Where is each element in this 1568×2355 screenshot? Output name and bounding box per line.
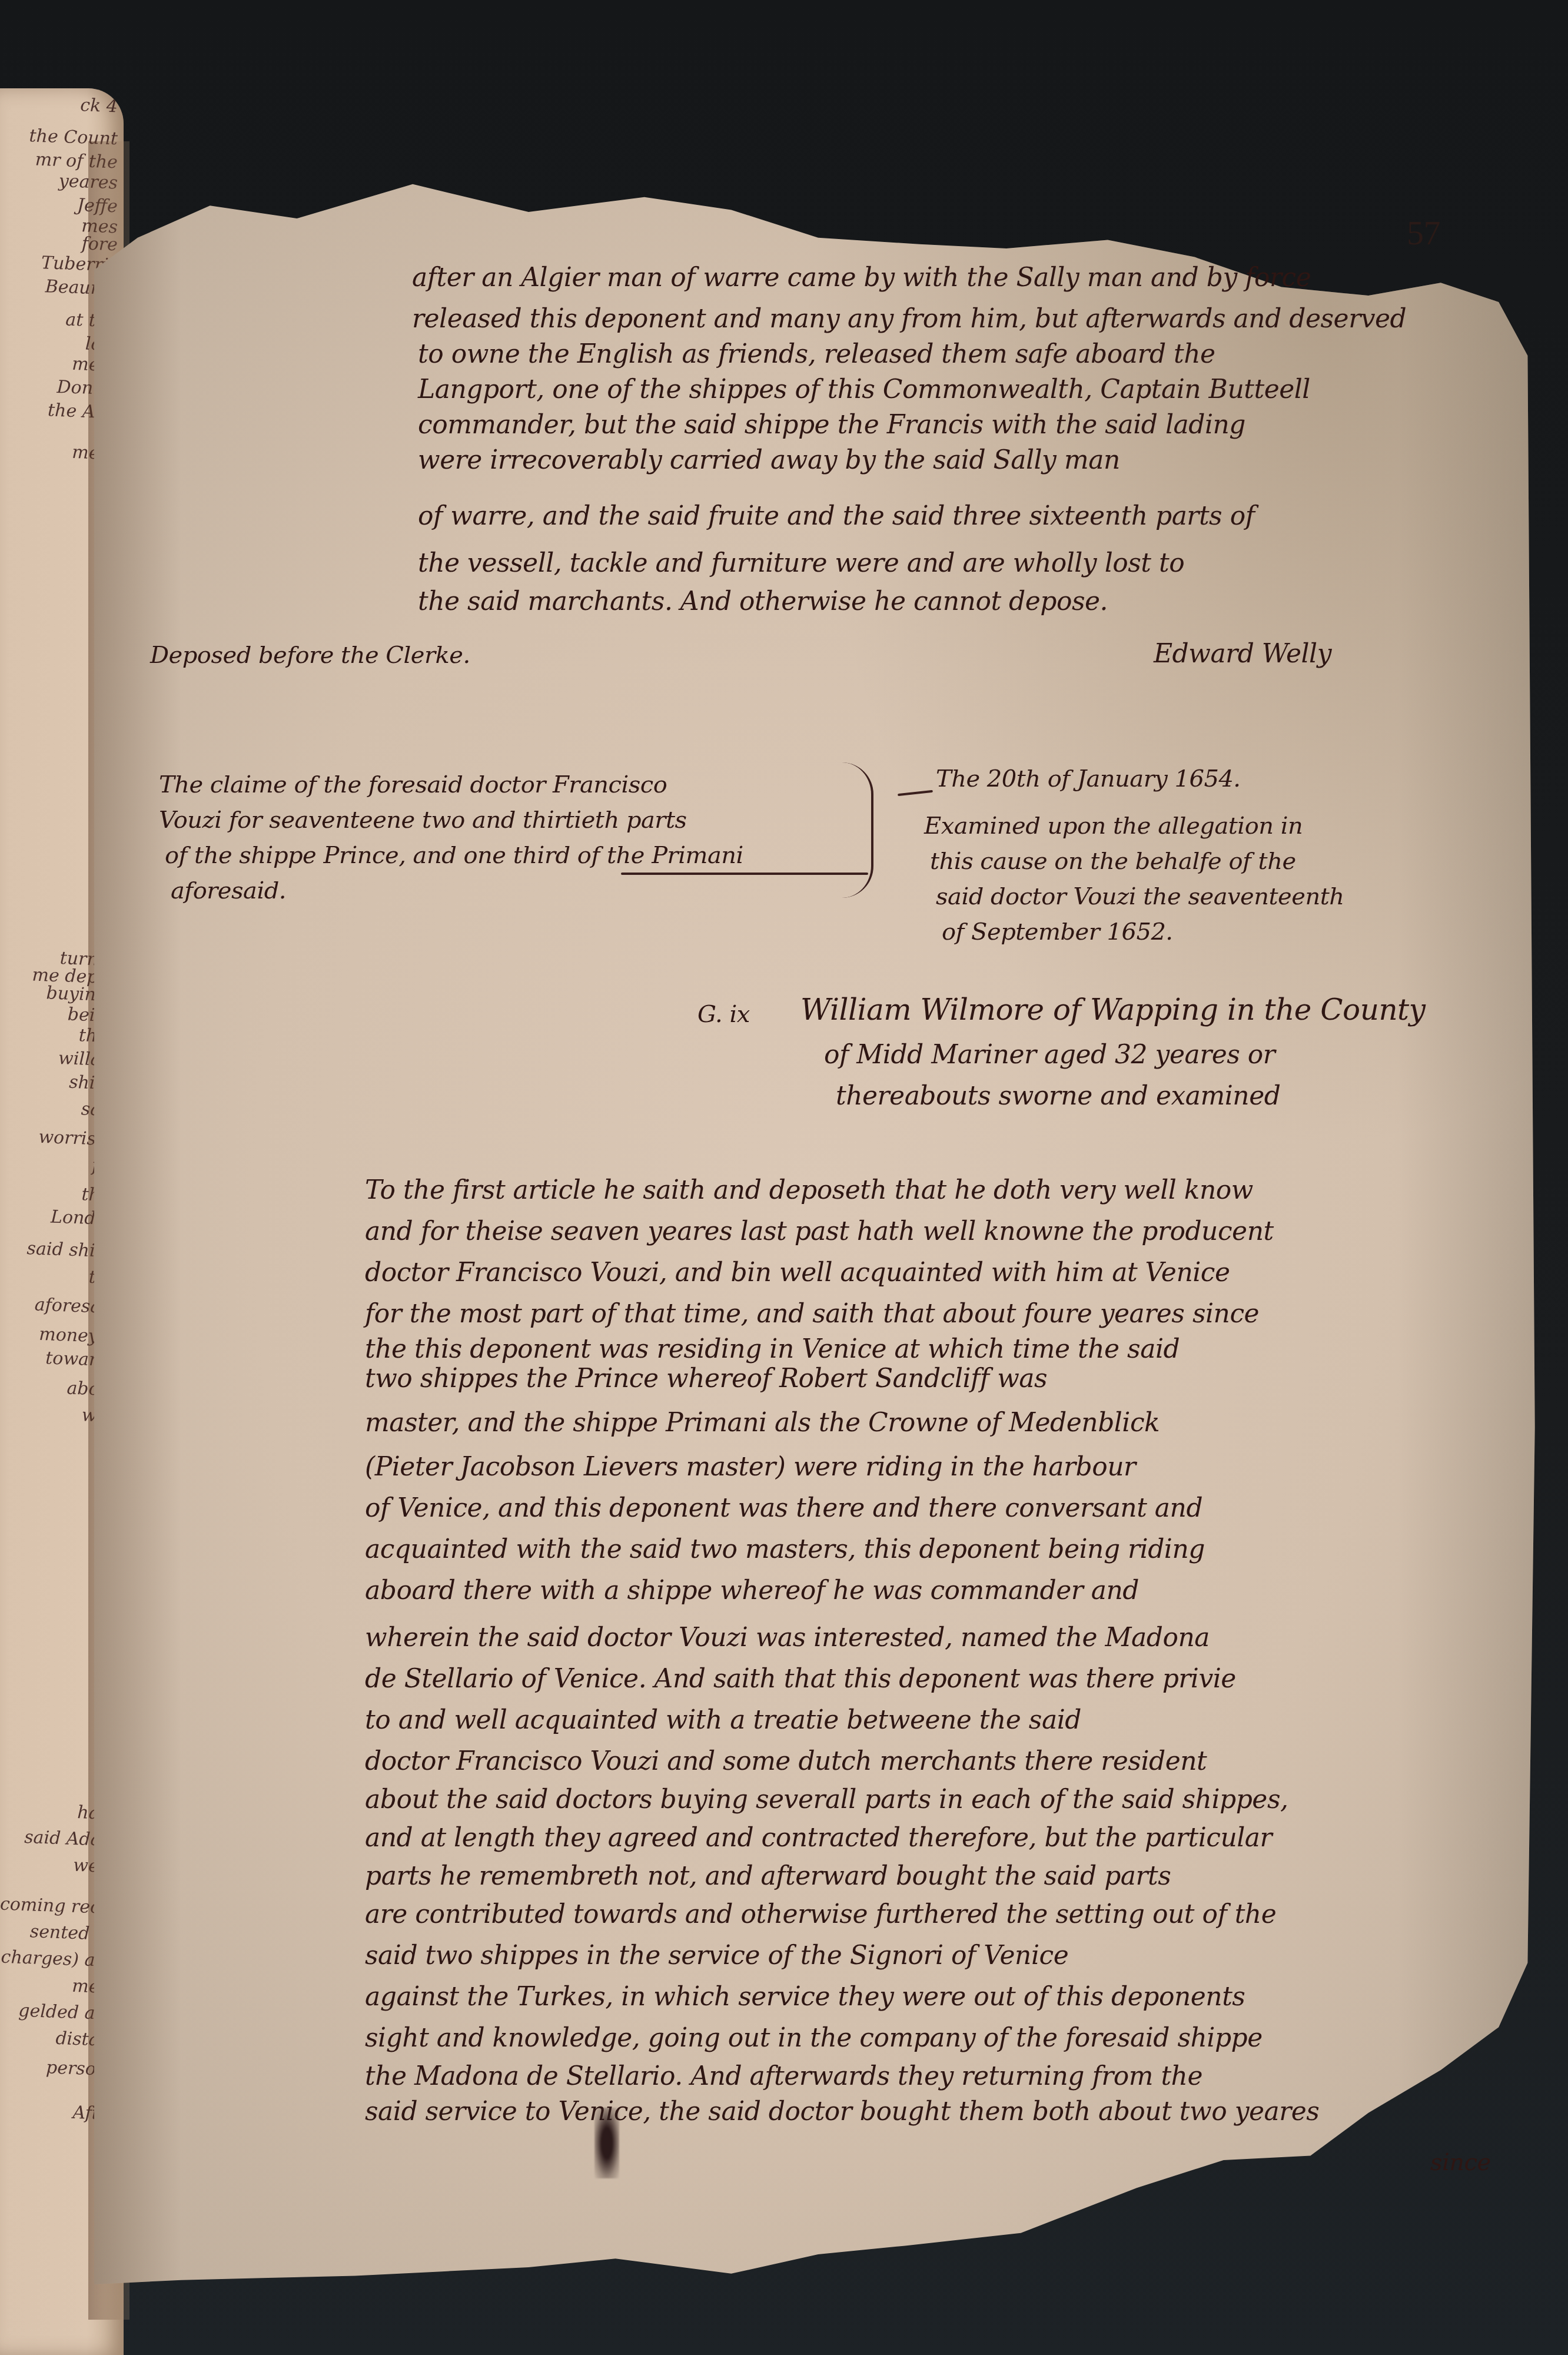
text-line: released this deponent and many any from… (412, 306, 1406, 332)
witness-name-line: William Wilmore of Wapping in the County (800, 995, 1425, 1024)
text-line: The 20th of January 1654. (936, 765, 1241, 792)
text-line: To the first article he saith and depose… (365, 1177, 1253, 1203)
text-line: of the shippe Prince, and one third of t… (165, 842, 743, 869)
text-line: said doctor Vouzi the seaventeenth (936, 883, 1344, 910)
text-line: The claime of the foresaid doctor Franci… (159, 771, 667, 798)
text-line: de Stellario of Venice. And saith that t… (365, 1666, 1236, 1692)
text-line: of Midd Mariner aged 32 yeares or (824, 1042, 1275, 1068)
text-line: the said marchants. And otherwise he can… (418, 589, 1108, 615)
text-line: doctor Francisco Vouzi and some dutch me… (365, 1749, 1207, 1774)
folio-number: 57 (1407, 213, 1440, 253)
text-line: to and well acquainted with a treatie be… (365, 1707, 1081, 1733)
text-line: of warre, and the said fruite and the sa… (418, 503, 1254, 529)
text-line: are contributed towards and otherwise fu… (365, 1902, 1276, 1928)
text-line: against the Turkes, in which service the… (365, 1984, 1245, 2010)
text-line: aforesaid. (171, 877, 286, 904)
text-line: two shippes the Prince whereof Robert Sa… (365, 1366, 1047, 1392)
text-line: Langport, one of the shippes of this Com… (418, 377, 1310, 403)
text-line: aboard there with a shippe whereof he wa… (365, 1578, 1139, 1604)
deponent-signature: Edward Welly (1154, 639, 1331, 669)
text-line: were irrecoverably carried away by the s… (418, 447, 1120, 473)
text-line: for the most part of that time, and sait… (365, 1301, 1259, 1327)
text-line: about the said doctors buying severall p… (365, 1787, 1288, 1813)
text-line: after an Algier man of warre came by wit… (412, 265, 1311, 291)
text-line: master, and the shippe Primani als the C… (365, 1410, 1160, 1436)
text-line: the vessell, tackle and furniture were a… (418, 550, 1184, 576)
text-line: and for theise seaven yeares last past h… (365, 1219, 1274, 1245)
margin-note-deposed: Deposed before the Clerke. (150, 642, 470, 669)
catchword: since (1430, 2149, 1491, 2176)
text-line: wherein the said doctor Vouzi was intere… (365, 1625, 1210, 1651)
text-line: commander, but the said shippe the Franc… (418, 412, 1245, 438)
text-line: sight and knowledge, going out in the co… (365, 2025, 1263, 2051)
text-line: and at length they agreed and contracted… (365, 1825, 1272, 1851)
text-line: the Madona de Stellario. And afterwards … (365, 2064, 1202, 2089)
text-line: of Venice, and this deponent was there a… (365, 1495, 1202, 1521)
text-line: this cause on the behalfe of the (930, 848, 1296, 875)
text-line: to owne the English as friends, released… (418, 341, 1215, 367)
text-line: acquainted with the said two masters, th… (365, 1537, 1205, 1563)
witness-marker: G. ix (697, 1001, 750, 1028)
ink-stamp-mark (594, 2108, 619, 2178)
text-line: of September 1652. (942, 918, 1173, 946)
text-line: (Pieter Jacobson Lievers master) were ri… (365, 1454, 1136, 1480)
text-line: parts he remembreth not, and afterward b… (365, 1863, 1171, 1889)
text-line: Examined upon the allegation in (924, 812, 1303, 840)
claim-underline (621, 873, 868, 875)
text-line: Vouzi for seaventeene two and thirtieth … (159, 807, 687, 834)
text-line: the this deponent was residing in Venice… (365, 1336, 1180, 1362)
text-line: doctor Francisco Vouzi, and bin well acq… (365, 1260, 1230, 1286)
text-line: thereabouts sworne and examined (836, 1083, 1280, 1109)
text-line: said two shippes in the service of the S… (365, 1943, 1068, 1969)
left-fragment: ck 4 (0, 92, 118, 117)
brace-bracket (842, 762, 873, 898)
text-line: said service to Venice, the said doctor … (365, 2099, 1319, 2125)
